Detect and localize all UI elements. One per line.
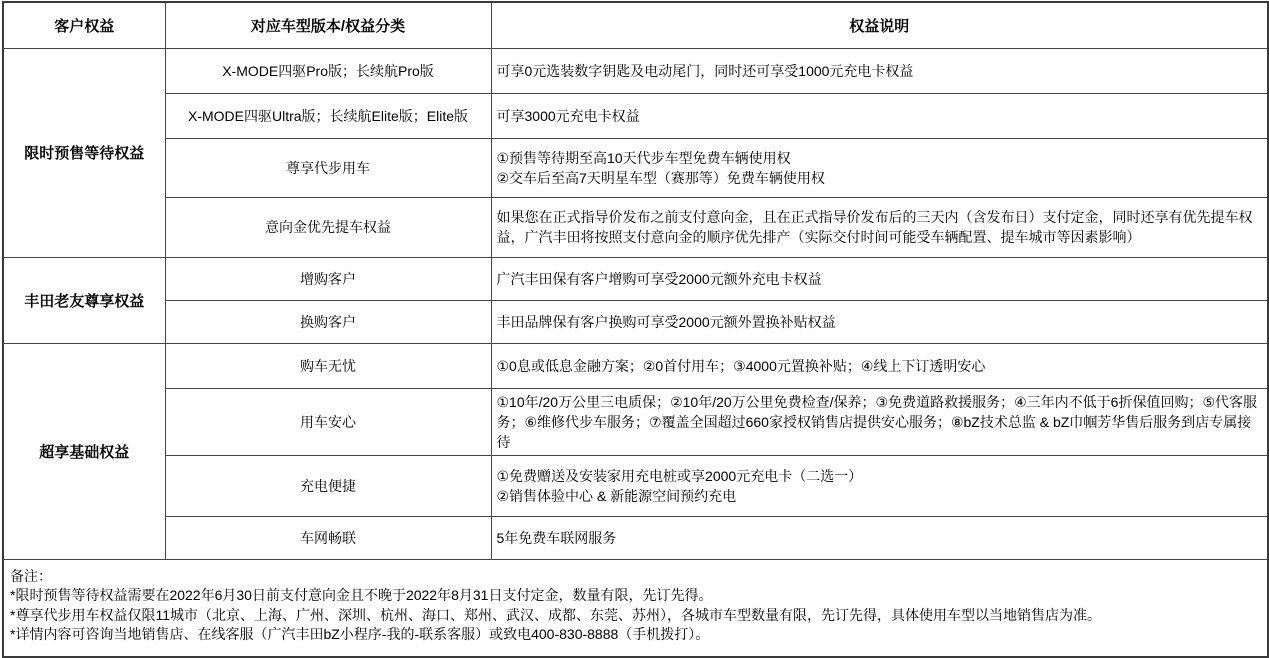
note-line: *详情内容可咨询当地销售店、在线客服（广汽丰田bZ小程序-我的-联系客服）或致电… bbox=[10, 625, 1257, 645]
notes-row: 备注： *限时预售等待权益需要在2022年6月30日前支付意向金且不晚于2022… bbox=[3, 559, 1268, 657]
category-cell: 用车安心 bbox=[165, 388, 491, 455]
benefit-desc-cell: 可享3000元充电卡权益 bbox=[491, 93, 1268, 138]
desc-line: 可享3000元充电卡权益 bbox=[497, 106, 1260, 126]
category-cell: 购车无忧 bbox=[165, 343, 491, 388]
desc-line: 可享0元选装数字钥匙及电动尾门，同时还可享受1000元充电卡权益 bbox=[497, 61, 1260, 81]
table-row: 丰田老友尊享权益 增购客户 广汽丰田保有客户增购可享受2000元额外充电卡权益 bbox=[3, 257, 1268, 300]
table-header-row: 客户权益 对应车型版本/权益分类 权益说明 bbox=[3, 2, 1268, 48]
table-row: 意向金优先提车权益 如果您在正式指导价发布之前支付意向金，且在正式指导价发布后的… bbox=[3, 197, 1268, 257]
group-cell-basic-benefits: 超享基础权益 bbox=[3, 343, 165, 559]
table-row: 尊享代步用车 ①预售等待期至高10天代步车型免费车辆使用权 ②交车后至高7天明星… bbox=[3, 138, 1268, 197]
table-row: 超享基础权益 购车无忧 ①0息或低息金融方案；②0首付用车；③4000元置换补贴… bbox=[3, 343, 1268, 388]
category-cell: 换购客户 bbox=[165, 300, 491, 343]
category-cell: 车网畅联 bbox=[165, 516, 491, 559]
table-row: 换购客户 丰田品牌保有客户换购可享受2000元额外置换补贴权益 bbox=[3, 300, 1268, 343]
category-cell: X-MODE四驱Ultra版；长续航Elite版；Elite版 bbox=[165, 93, 491, 138]
benefits-page: 客户权益 对应车型版本/权益分类 权益说明 限时预售等待权益 X-MODE四驱P… bbox=[0, 0, 1269, 649]
note-line: *尊享代步用车权益仅限11城市（北京、上海、广州、深圳、杭州、海口、郑州、武汉、… bbox=[10, 606, 1257, 626]
benefit-desc-cell: ①免费赠送及安装家用充电桩或享2000元充电卡（二选一） ②销售体验中心 & 新… bbox=[491, 455, 1268, 516]
desc-line: ①10年/20万公里三电质保；②10年/20万公里免费检查/保养；③免费道路救援… bbox=[497, 392, 1260, 452]
group-cell-presale-benefits: 限时预售等待权益 bbox=[3, 48, 165, 257]
category-cell: 增购客户 bbox=[165, 257, 491, 300]
benefit-desc-cell: 广汽丰田保有客户增购可享受2000元额外充电卡权益 bbox=[491, 257, 1268, 300]
desc-line: ①0息或低息金融方案；②0首付用车；③4000元置换补贴；④线上下订透明安心 bbox=[497, 356, 1260, 376]
benefit-desc-cell: 如果您在正式指导价发布之前支付意向金，且在正式指导价发布后的三天内（含发布日）支… bbox=[491, 197, 1268, 257]
category-cell: 意向金优先提车权益 bbox=[165, 197, 491, 257]
table-row: 用车安心 ①10年/20万公里三电质保；②10年/20万公里免费检查/保养；③免… bbox=[3, 388, 1268, 455]
desc-line: 广汽丰田保有客户增购可享受2000元额外充电卡权益 bbox=[497, 269, 1260, 289]
group-cell-toyota-loyalty-benefits: 丰田老友尊享权益 bbox=[3, 257, 165, 343]
column-header-model-version: 对应车型版本/权益分类 bbox=[165, 2, 491, 48]
table-row: X-MODE四驱Ultra版；长续航Elite版；Elite版 可享3000元充… bbox=[3, 93, 1268, 138]
desc-line: ①预售等待期至高10天代步车型免费车辆使用权 bbox=[497, 148, 1260, 168]
benefit-desc-cell: 可享0元选装数字钥匙及电动尾门，同时还可享受1000元充电卡权益 bbox=[491, 48, 1268, 93]
column-header-benefit-desc: 权益说明 bbox=[491, 2, 1268, 48]
category-cell: 尊享代步用车 bbox=[165, 138, 491, 197]
desc-line: 5年免费车联网服务 bbox=[497, 528, 1260, 548]
category-cell: X-MODE四驱Pro版；长续航Pro版 bbox=[165, 48, 491, 93]
notes-title: 备注： bbox=[10, 567, 1257, 587]
table-row: 车网畅联 5年免费车联网服务 bbox=[3, 516, 1268, 559]
customer-benefits-table: 客户权益 对应车型版本/权益分类 权益说明 限时预售等待权益 X-MODE四驱P… bbox=[2, 1, 1269, 658]
benefit-desc-cell: 丰田品牌保有客户换购可享受2000元额外置换补贴权益 bbox=[491, 300, 1268, 343]
desc-line: ②销售体验中心 & 新能源空间预约充电 bbox=[497, 486, 1260, 506]
column-header-customer-benefit: 客户权益 bbox=[3, 2, 165, 48]
benefit-desc-cell: ①10年/20万公里三电质保；②10年/20万公里免费检查/保养；③免费道路救援… bbox=[491, 388, 1268, 455]
table-row: 限时预售等待权益 X-MODE四驱Pro版；长续航Pro版 可享0元选装数字钥匙… bbox=[3, 48, 1268, 93]
desc-line: ②交车后至高7天明星车型（赛那等）免费车辆使用权 bbox=[497, 168, 1260, 188]
benefit-desc-cell: ①0息或低息金融方案；②0首付用车；③4000元置换补贴；④线上下订透明安心 bbox=[491, 343, 1268, 388]
benefit-desc-cell: ①预售等待期至高10天代步车型免费车辆使用权 ②交车后至高7天明星车型（赛那等）… bbox=[491, 138, 1268, 197]
note-line: *限时预售等待权益需要在2022年6月30日前支付意向金且不晚于2022年8月3… bbox=[10, 586, 1257, 606]
desc-line: 丰田品牌保有客户换购可享受2000元额外置换补贴权益 bbox=[497, 312, 1260, 332]
category-cell: 充电便捷 bbox=[165, 455, 491, 516]
benefit-desc-cell: 5年免费车联网服务 bbox=[491, 516, 1268, 559]
table-row: 充电便捷 ①免费赠送及安装家用充电桩或享2000元充电卡（二选一） ②销售体验中… bbox=[3, 455, 1268, 516]
notes-cell: 备注： *限时预售等待权益需要在2022年6月30日前支付意向金且不晚于2022… bbox=[3, 559, 1268, 657]
desc-line: ①免费赠送及安装家用充电桩或享2000元充电卡（二选一） bbox=[497, 466, 1260, 486]
desc-line: 如果您在正式指导价发布之前支付意向金，且在正式指导价发布后的三天内（含发布日）支… bbox=[497, 207, 1260, 247]
